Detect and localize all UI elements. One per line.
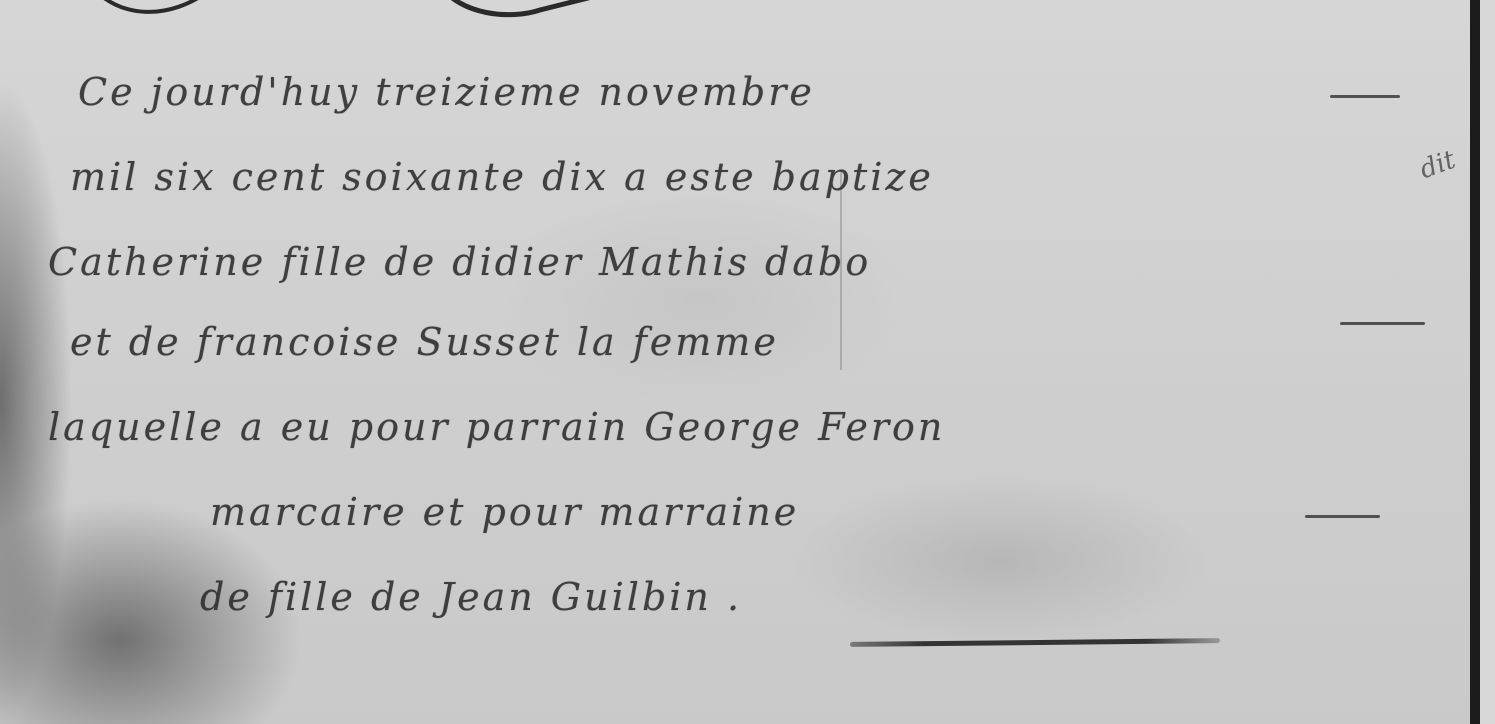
- manuscript-line-5: laquelle a eu pour parrain George Feron: [48, 405, 945, 449]
- line-filler-dash: [1330, 95, 1400, 98]
- manuscript-line-1: Ce jourd'huy treizieme novembre: [78, 70, 815, 114]
- page-edge-rule: [1470, 0, 1480, 724]
- manuscript-line-4: et de francoise Susset la femme: [70, 320, 779, 364]
- manuscript-line-7: de fille de Jean Guilbin .: [200, 575, 742, 619]
- line-filler-dash: [1305, 515, 1380, 518]
- top-flourish-decoration: [80, 0, 700, 40]
- line-filler-dash: [1340, 322, 1425, 325]
- page-edge-strip: [1480, 0, 1495, 724]
- manuscript-line-2: mil six cent soixante dix a este baptize: [70, 155, 934, 199]
- manuscript-line-6: marcaire et pour marraine: [210, 490, 799, 534]
- manuscript-page: Ce jourd'huy treizieme novembre mil six …: [0, 0, 1495, 724]
- signature-underline: [850, 638, 1220, 647]
- manuscript-line-3: Catherine fille de didier Mathis dabo: [48, 240, 871, 284]
- margin-note: dit: [1416, 145, 1460, 185]
